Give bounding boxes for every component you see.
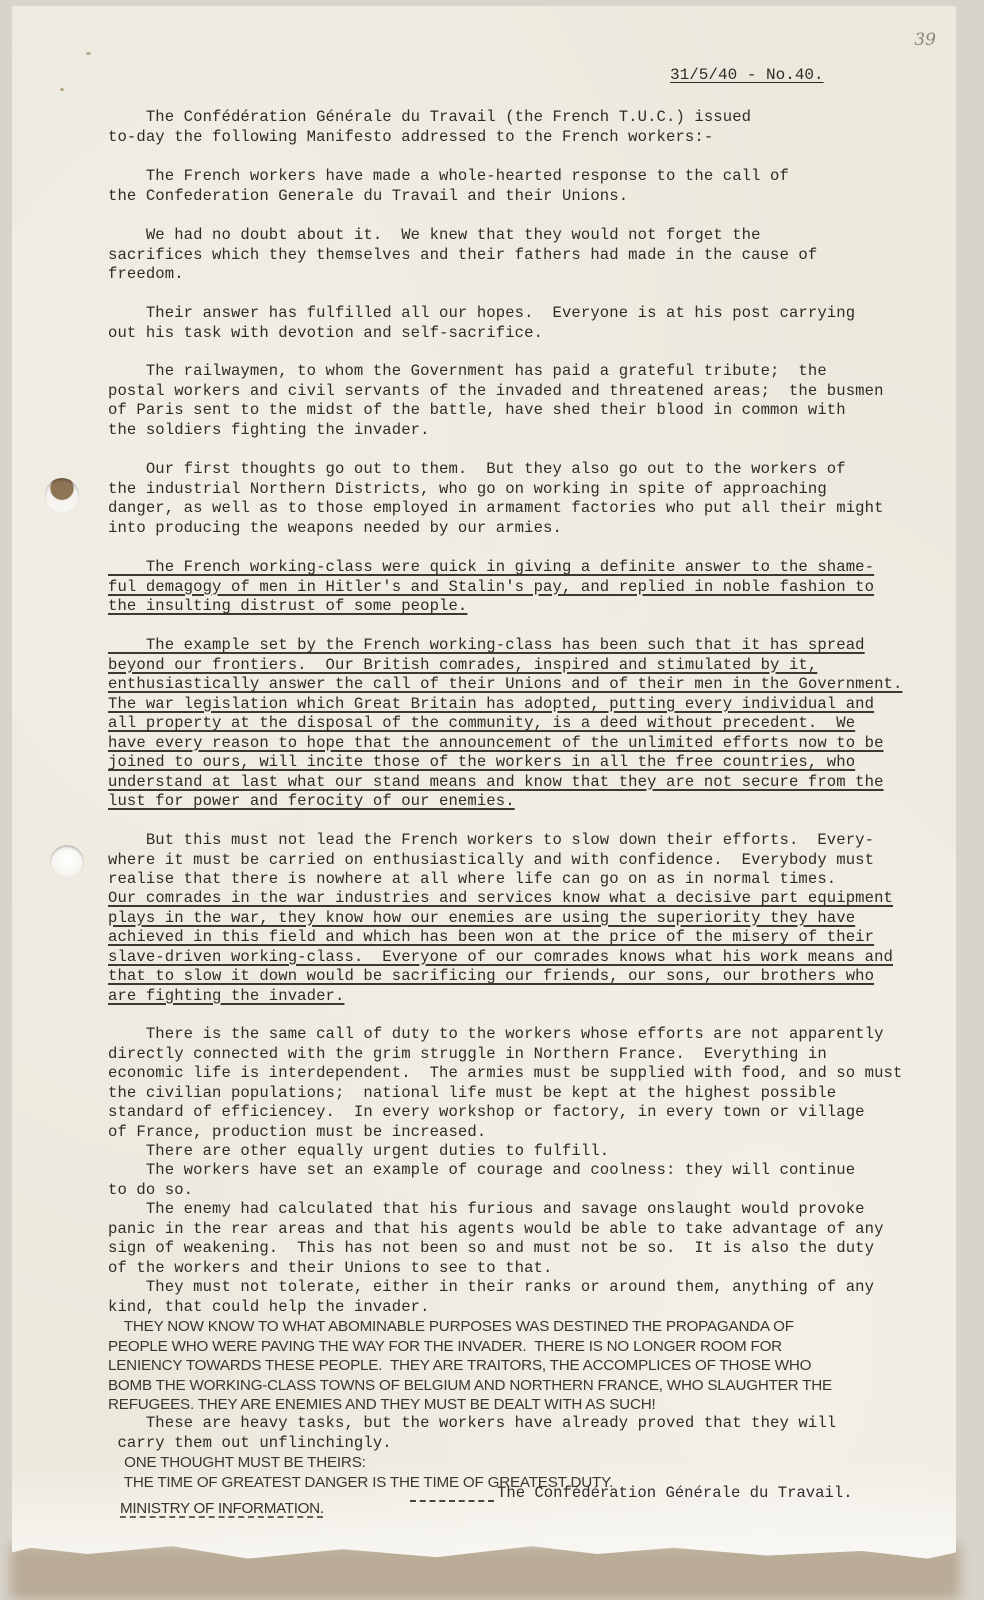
paragraph-tolerate: They must not tolerate, either in their … [108,1278,938,1317]
paragraph-example-set: The example set by the French working-cl… [108,636,938,812]
paragraph-working-class-answer: The French working-class were quick in g… [108,558,938,617]
paragraph-other-duties: There are other equally urgent duties to… [108,1142,938,1162]
paragraph-enemy: The enemy had calculated that his furiou… [108,1200,938,1278]
paragraph-comrades-underlined: Our comrades in the war industries and s… [108,889,938,1006]
issuer-label: MINISTRY OF INFORMATION. [120,1500,324,1517]
paragraph-first-thoughts: Our first thoughts go out to them. But t… [108,460,938,538]
folio-number: 39 [914,30,936,50]
punch-hole-icon [45,478,79,512]
paragraph-no-doubt: We had no doubt about it. We knew that t… [108,226,938,285]
signature: The Confédération Générale du Travail. [497,1484,853,1502]
paragraph-call-of-duty: There is the same call of duty to the wo… [108,1025,938,1142]
intro-paragraph: The Confédération Générale du Travail (t… [108,108,938,147]
paper-stain [60,88,64,91]
page-shadow [10,1545,960,1600]
paragraph-railwaymen: The railwaymen, to whom the Government h… [108,362,938,440]
paragraph-heavy-tasks: These are heavy tasks, but the workers h… [108,1414,938,1453]
signature-rule [410,1500,494,1502]
paragraph-courage: The workers have set an example of coura… [108,1161,938,1200]
paragraph-response: The French workers have made a whole-hea… [108,167,938,206]
punch-hole-icon [50,845,84,879]
paragraph-answer: Their answer has fulfilled all our hopes… [108,304,938,343]
paragraph-caps-traitors: THEY NOW KNOW TO WHAT ABOMINABLE PURPOSE… [108,1317,938,1415]
reference-number: 31/5/40 - No.40. [670,66,824,84]
paragraph-slow-down: But this must not lead the French worker… [108,831,938,890]
paper-stain [86,52,91,55]
